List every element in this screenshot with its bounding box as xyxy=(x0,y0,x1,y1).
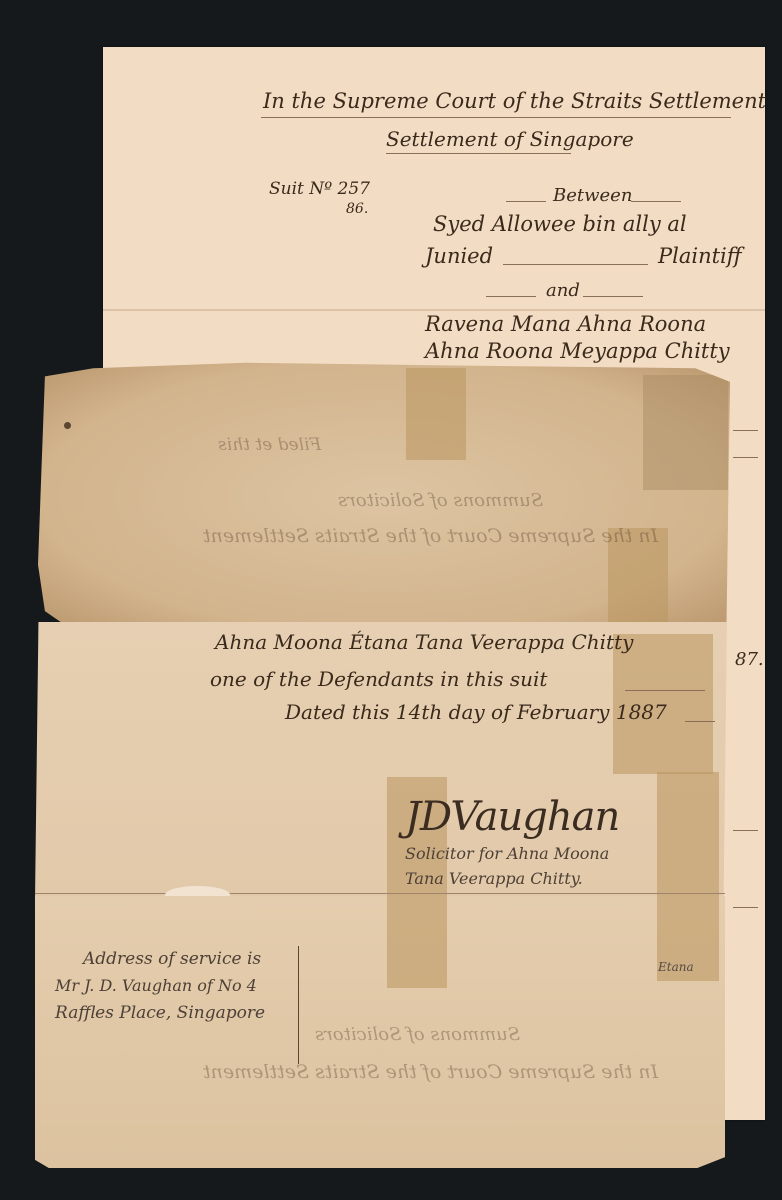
address-bracket xyxy=(297,946,299,1064)
defendant-line-1: Ravena Mana Ahna Roona xyxy=(425,312,706,336)
divider xyxy=(583,296,643,297)
lower-fragment: Etana Address of service is Mr J. D. Vau… xyxy=(35,896,725,1168)
heading-line-1: In the Supreme Court of the Straits Sett… xyxy=(263,89,766,113)
margin-fragment: 87. xyxy=(735,649,764,670)
defendant-role: one of the Defendants in this suit xyxy=(210,667,547,691)
divider xyxy=(503,264,648,265)
tape-strip xyxy=(657,772,719,900)
bleed-through-text: Filed et this xyxy=(218,435,321,455)
plaintiff-line-1: Syed Allowee bin ally al xyxy=(433,212,687,236)
defendant-line-2: Ahna Roona Meyappa Chitty xyxy=(425,339,730,363)
bleed-through-text: Summons of Solicitors xyxy=(338,490,543,511)
margin-rule xyxy=(733,430,758,431)
solicitor-line-1: Solicitor for Ahna Moona xyxy=(405,844,609,863)
top-fragment: Filed et this Summons of Solicitors In t… xyxy=(38,360,730,633)
ink-spot xyxy=(64,422,71,429)
tear-line xyxy=(35,893,725,894)
margin-rule xyxy=(733,907,758,908)
address-line-2: Mr J. D. Vaughan of No 4 xyxy=(55,976,257,995)
divider xyxy=(685,721,715,722)
margin-rule xyxy=(733,830,758,831)
divider xyxy=(631,201,681,202)
fold-line xyxy=(103,309,765,311)
heading-underline-2 xyxy=(386,153,571,154)
tape-strip xyxy=(643,375,728,490)
divider xyxy=(506,201,546,202)
and-label: and xyxy=(546,280,580,301)
middle-fragment: Ahna Moona Étana Tana Veerappa Chitty on… xyxy=(35,622,727,900)
bleed-through-text: In the Supreme Court of the Straits Sett… xyxy=(203,1061,658,1083)
solicitor-signature: JDVaughan xyxy=(405,794,619,840)
divider xyxy=(625,690,705,691)
suit-year: 86. xyxy=(346,201,368,217)
suit-number: Suit Nº 257 xyxy=(269,179,370,199)
bleed-through-text: In the Supreme Court of the Straits Sett… xyxy=(203,525,658,547)
tape-strip xyxy=(406,368,466,460)
address-line-3: Raffles Place, Singapore xyxy=(55,1003,265,1023)
heading-line-2: Settlement of Singapore xyxy=(386,127,634,151)
bleed-through-text: Summons of Solicitors xyxy=(315,1024,520,1045)
between-label: Between xyxy=(553,185,632,206)
margin-rule xyxy=(733,457,758,458)
plaintiff-line-2: Junied xyxy=(425,244,493,268)
divider xyxy=(486,296,536,297)
address-line-1: Address of service is xyxy=(83,949,261,969)
tape-strip xyxy=(387,896,447,988)
tape-note: Etana xyxy=(658,960,694,974)
date-line: Dated this 14th day of February 1887 xyxy=(285,700,667,724)
plaintiff-role: Plaintiff xyxy=(658,244,742,268)
solicitor-line-2: Tana Veerappa Chitty. xyxy=(405,869,583,888)
heading-underline xyxy=(261,117,731,118)
defendant-name: Ahna Moona Étana Tana Veerappa Chitty xyxy=(215,630,633,654)
